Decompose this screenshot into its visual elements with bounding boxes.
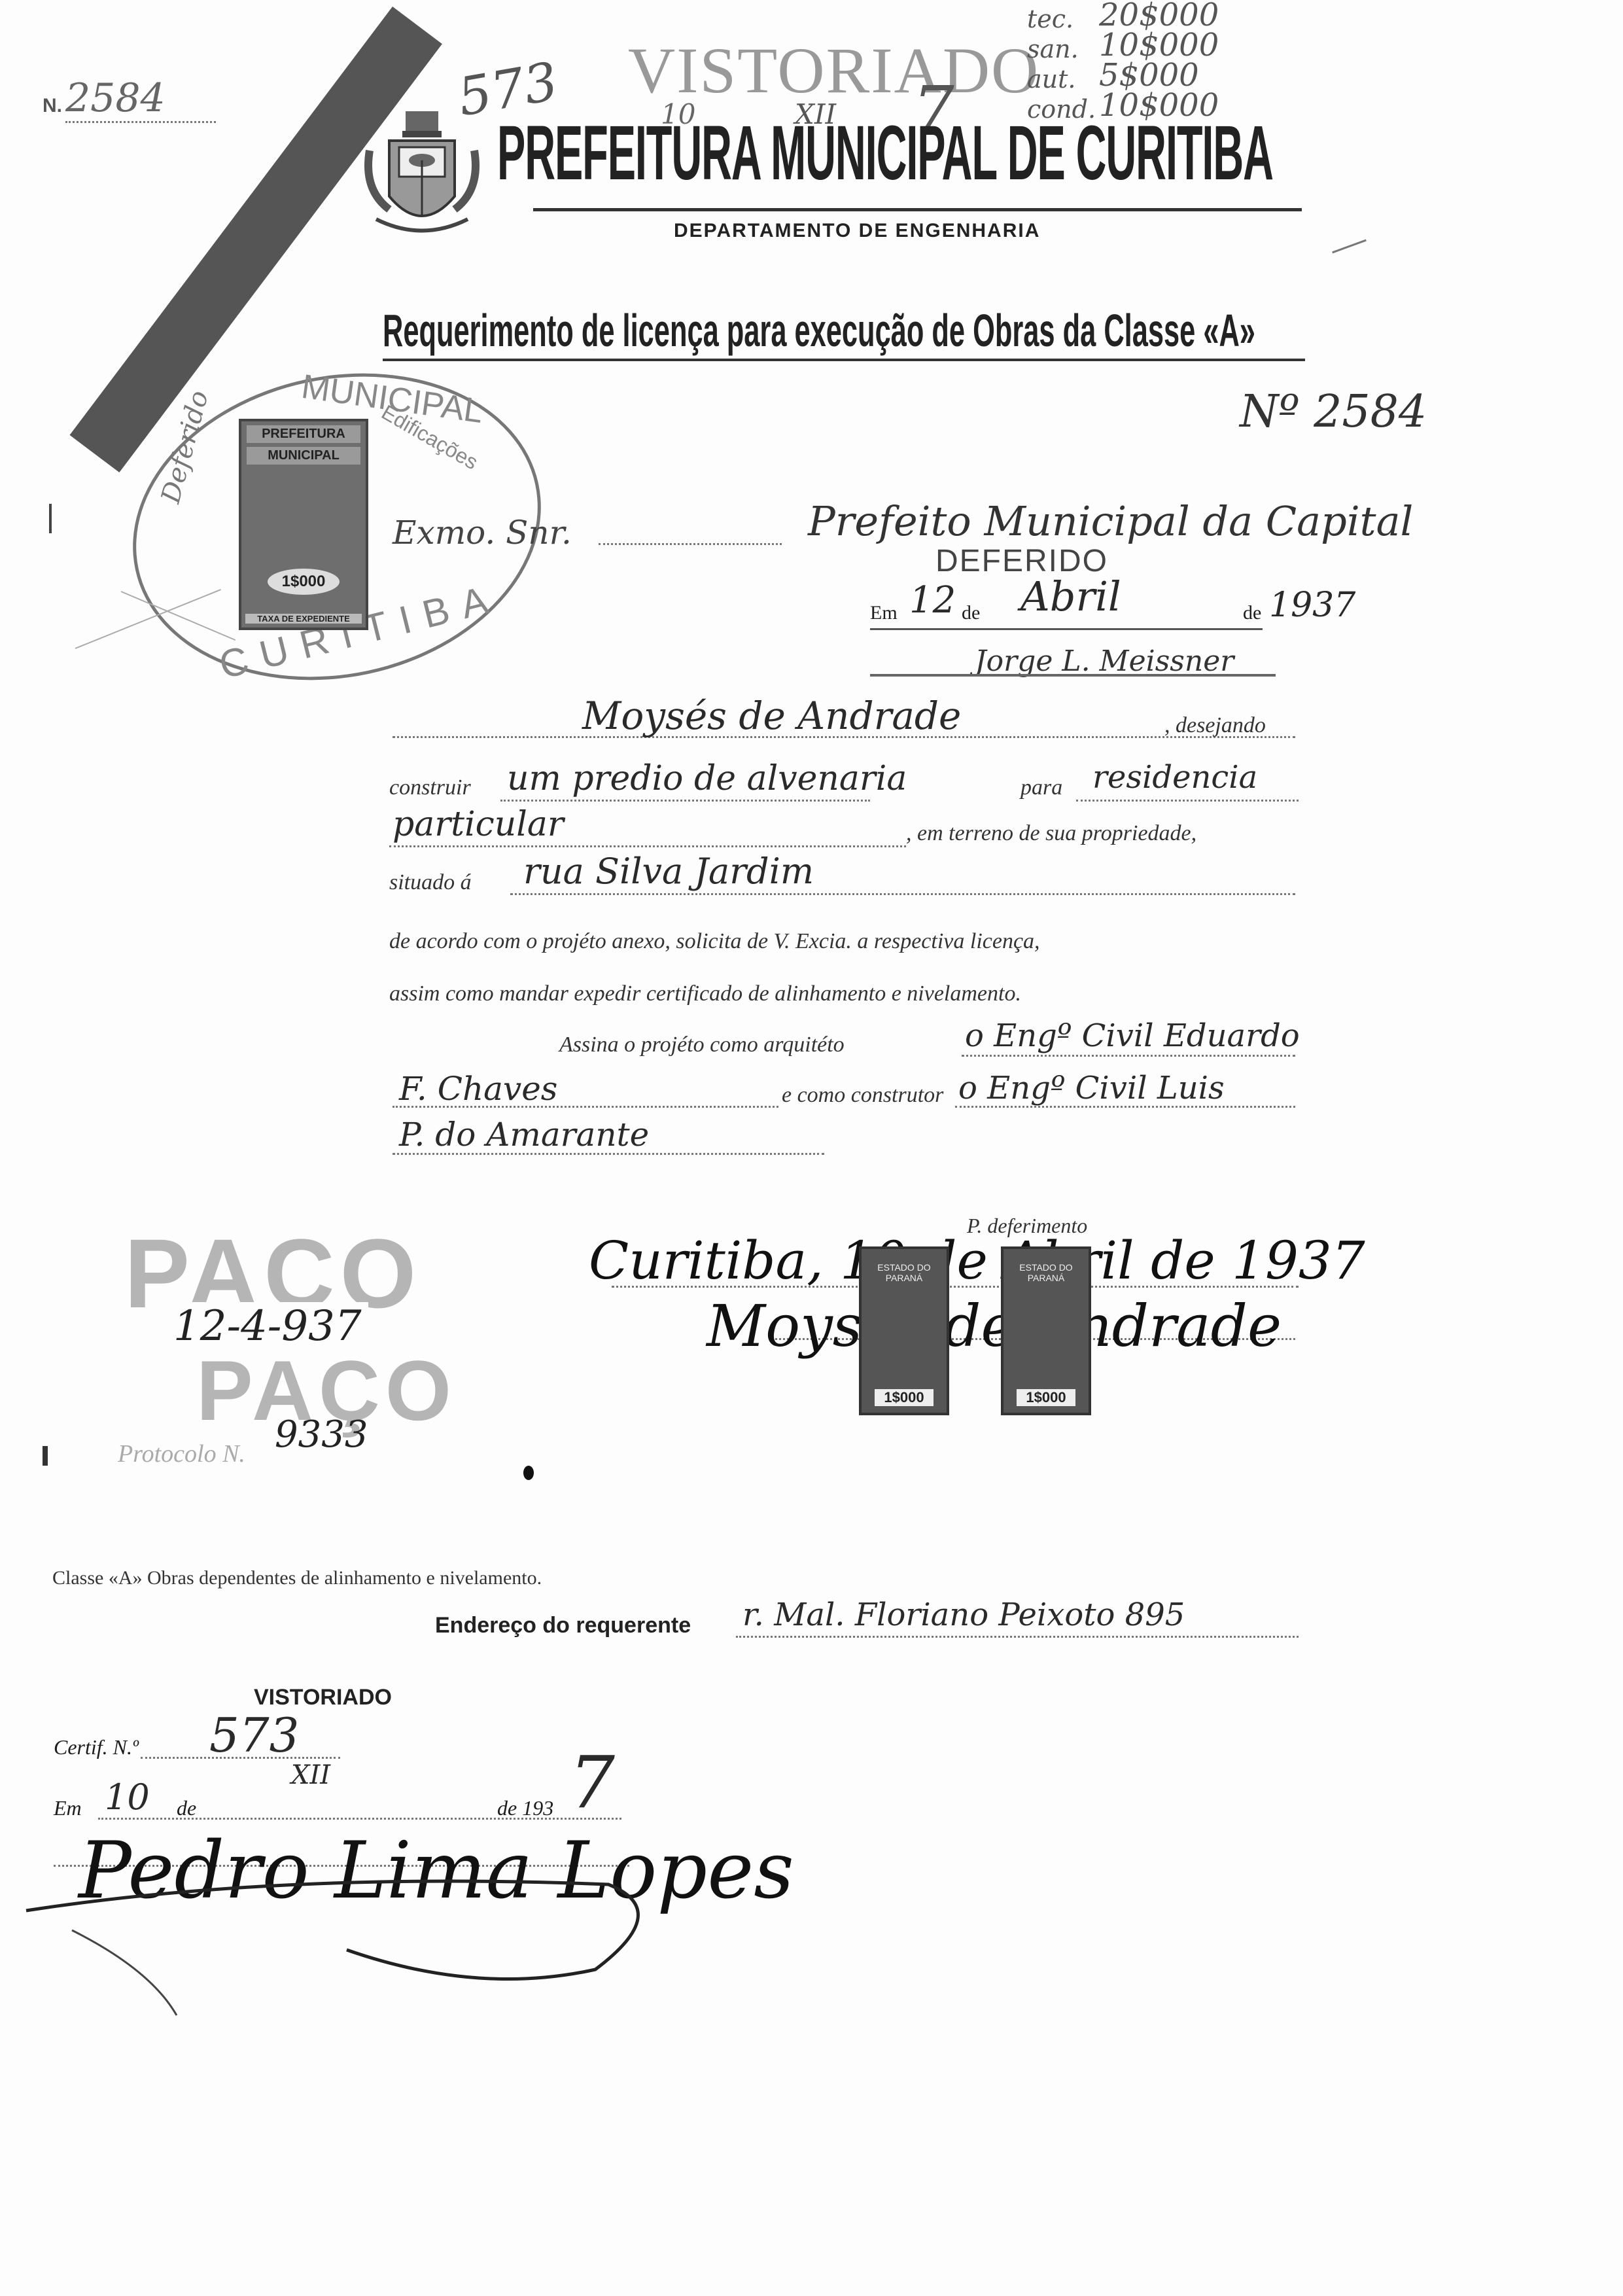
situado-label: situado á: [389, 870, 472, 895]
class-note: Classe «A» Obras dependentes de alinhame…: [52, 1567, 542, 1589]
body-line5: de acordo com o projéto anexo, solicita …: [389, 929, 1040, 954]
architect-name-2: F. Chaves: [399, 1070, 557, 1108]
decision-signature: Jorge L. Meissner: [975, 645, 1234, 678]
title-underline: [533, 208, 1302, 211]
document-page: N. 2584 573 VISTORIADO 10 XII 7 tec. 20$…: [0, 0, 1623, 2296]
revenue-stamp-2: ESTADO DO PARANÁ 1$000: [1001, 1246, 1091, 1415]
request-number: Nº 2584: [1240, 386, 1427, 438]
location: rua Silva Jardim: [523, 851, 814, 892]
fee-stamp-line2: MUNICIPAL: [247, 447, 360, 465]
architect-label: Assina o projéto como arquitéto: [559, 1033, 845, 1057]
footer-em-label: Em: [54, 1796, 82, 1820]
salutation-dotted-line: [599, 543, 782, 545]
place-date: Curitiba, 10 de Abril de 1937: [589, 1230, 1365, 1291]
builder-name-1: o Engº Civil Luis: [958, 1070, 1225, 1106]
address-label: Endereço do requerente: [435, 1613, 691, 1638]
footer-de-label: de: [177, 1796, 196, 1820]
file-number-label: N.: [43, 95, 62, 117]
purpose-line1: residencia: [1092, 759, 1257, 796]
para-label: para: [1021, 775, 1062, 800]
architect-name-1: o Engº Civil Eduardo: [965, 1017, 1300, 1054]
applicant-signature: Moysés de Andrade: [707, 1292, 1282, 1360]
footer-year-suffix: 7: [569, 1740, 615, 1824]
fee-list: tec. 20$000 san. 10$000 aut. 5$000 cond.…: [1027, 3, 1302, 124]
margin-mark: [49, 504, 52, 533]
addressee: Prefeito Municipal da Capital: [808, 497, 1413, 545]
terreno-text: , em terreno de sua propriedade,: [906, 821, 1196, 846]
decision-signature-line: [870, 674, 1276, 677]
pen-mark: [1332, 239, 1367, 254]
builder-label: e como construtor: [782, 1083, 943, 1108]
footer-em-day: 10: [105, 1776, 150, 1818]
institution-title: PREFEITURA MUNICIPAL DE CURITIBA: [497, 115, 1273, 192]
certif-number: 573: [209, 1708, 299, 1763]
coat-of-arms-icon: [363, 111, 481, 242]
certif-label: Certif. N.º: [54, 1735, 139, 1759]
construir-label: construir: [389, 775, 471, 800]
department-name: DEPARTAMENTO DE ENGENHARIA: [674, 220, 1040, 242]
file-number: 2584: [65, 75, 216, 123]
margin-mark: [43, 1446, 48, 1466]
purpose-line2: particular: [393, 805, 564, 844]
decision-date-line: Em 12 de Abril de 1937: [870, 582, 1295, 628]
protocol-label: Protocolo N.: [118, 1439, 245, 1468]
salutation: Exmo. Snr.: [393, 514, 572, 552]
form-title-underline: [383, 359, 1305, 361]
builder-name-2: P. do Amarante: [399, 1116, 649, 1154]
applicant-suffix: , desejando: [1164, 713, 1266, 738]
ink-dot: [523, 1466, 534, 1480]
applicant-name: Moysés de Andrade: [582, 694, 961, 738]
vistoriado-stamp: VISTORIADO: [628, 33, 1039, 108]
fee-stamp-value: 1$000: [268, 569, 340, 595]
fee-stamp: PREFEITURA MUNICIPAL 1$000 TAXA DE EXPED…: [239, 419, 368, 630]
fee-stamp-line1: PREFEITURA: [247, 425, 360, 443]
paco-stamp-date: 12-4-937: [167, 1302, 368, 1351]
vistoriado-label: VISTORIADO: [254, 1685, 392, 1710]
footer-em-month: XII: [291, 1760, 330, 1790]
signature-flourish: [20, 1871, 674, 2022]
revenue-stamp-1: ESTADO DO PARANÁ 1$000: [859, 1246, 949, 1415]
form-title: Requerimento de licença para execução de…: [383, 308, 1255, 353]
body-line6: assim como mandar expedir certificado de…: [389, 981, 1021, 1006]
address-value: r. Mal. Floriano Peixoto 895: [742, 1597, 1185, 1633]
footer-year-label: de 193: [497, 1796, 553, 1820]
fee-stamp-caption: TAXA DE EXPEDIENTE: [245, 614, 362, 624]
construction-description: um predio de alvenaria: [507, 759, 907, 798]
protocol-number: 9333: [275, 1413, 368, 1456]
